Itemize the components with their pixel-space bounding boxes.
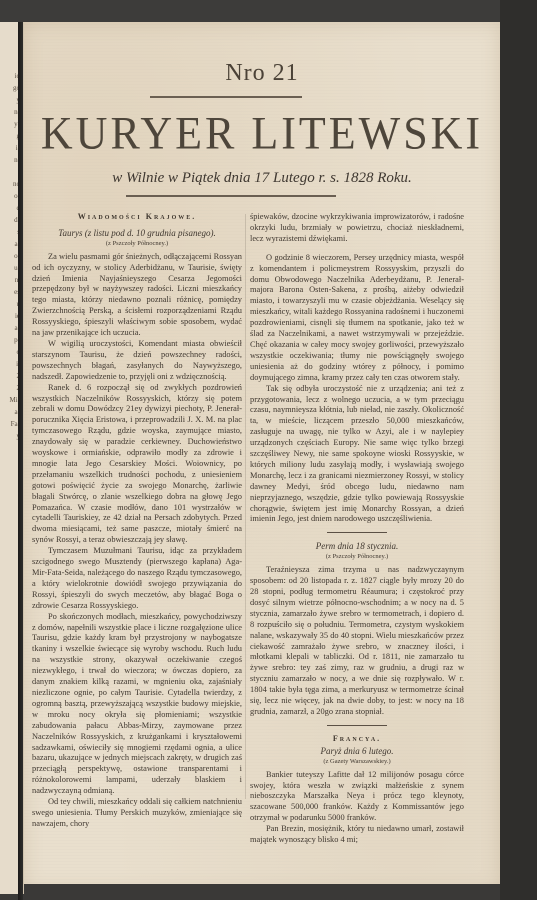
paragraph: Od tey chwili, mieszkańcy oddali się cał… bbox=[32, 797, 242, 830]
article-source: (z Pszczoły Północney.) bbox=[250, 552, 464, 563]
paragraph: Teraźnieysza zima trzyma u nas nadzwycza… bbox=[250, 565, 464, 718]
paragraph: Za wielu pasmami gór śnieżnych, odłączaj… bbox=[32, 252, 242, 339]
section-heading-france: Francya. bbox=[250, 734, 464, 745]
scanner-background-right bbox=[500, 0, 537, 900]
section-heading-domestic: Wiadomości Krajowe. bbox=[32, 212, 242, 223]
article-dateline-paris: Paryż dnia 6 lutego. bbox=[250, 746, 464, 757]
article-dateline-taurys: Taurys (z listu pod d. 10 grudnia pisane… bbox=[32, 228, 242, 239]
masthead-rule-bottom bbox=[126, 195, 336, 197]
masthead-rule-top bbox=[150, 96, 302, 98]
column-divider bbox=[245, 214, 246, 799]
newspaper-title: KURYER LITEWSKI bbox=[24, 107, 500, 161]
paragraph: Po skończonych modłach, mieszkańcy, powy… bbox=[32, 612, 242, 797]
scanner-background-bottom bbox=[24, 884, 500, 900]
article-source: (z Pszczoły Północney.) bbox=[32, 239, 242, 250]
newspaper-page: Nro 21 KURYER LITEWSKI w Wilnie w Piątek… bbox=[24, 22, 500, 892]
scanner-background-top bbox=[0, 0, 537, 22]
issue-label: Nro bbox=[225, 60, 265, 86]
page-binding bbox=[18, 22, 23, 900]
paragraph-continuation: śpiewaków, dzocine wykrzykiwania improwi… bbox=[250, 212, 464, 245]
article-dateline-perm: Perm dnia 18 stycznia. bbox=[250, 541, 464, 552]
paragraph: O godzinie 8 wieczorem, Persey urzędnicy… bbox=[250, 253, 464, 384]
paragraph: Bankier tuteyszy Lafitte dał 12 milijonó… bbox=[250, 770, 464, 825]
issue-number: Nro 21 bbox=[24, 60, 500, 87]
article-source: (z Gazety Warszawskiey.) bbox=[250, 757, 464, 768]
article-separator bbox=[327, 725, 387, 726]
left-column: Wiadomości Krajowe. Taurys (z listu pod … bbox=[32, 212, 242, 830]
right-column: śpiewaków, dzocine wykrzykiwania improwi… bbox=[250, 212, 464, 846]
paragraph: Ranek d. 6 rozpoczął się od zwykłych poz… bbox=[32, 383, 242, 547]
issue-dateline: w Wilnie w Piątek dnia 17 Lutego r. s. 1… bbox=[24, 170, 500, 187]
paragraph: Tymczasem Muzułmani Taurisu, idąc za prz… bbox=[32, 546, 242, 611]
paragraph: Tak się odbyła uroczystość nie z urządze… bbox=[250, 384, 464, 526]
paragraph: Pan Brezin, mosiężnik, który tu niedawno… bbox=[250, 824, 464, 846]
article-separator bbox=[327, 532, 387, 533]
issue-number-value: 21 bbox=[273, 60, 299, 86]
paragraph: W wigilią uroczystości, Komendant miasta… bbox=[32, 339, 242, 383]
